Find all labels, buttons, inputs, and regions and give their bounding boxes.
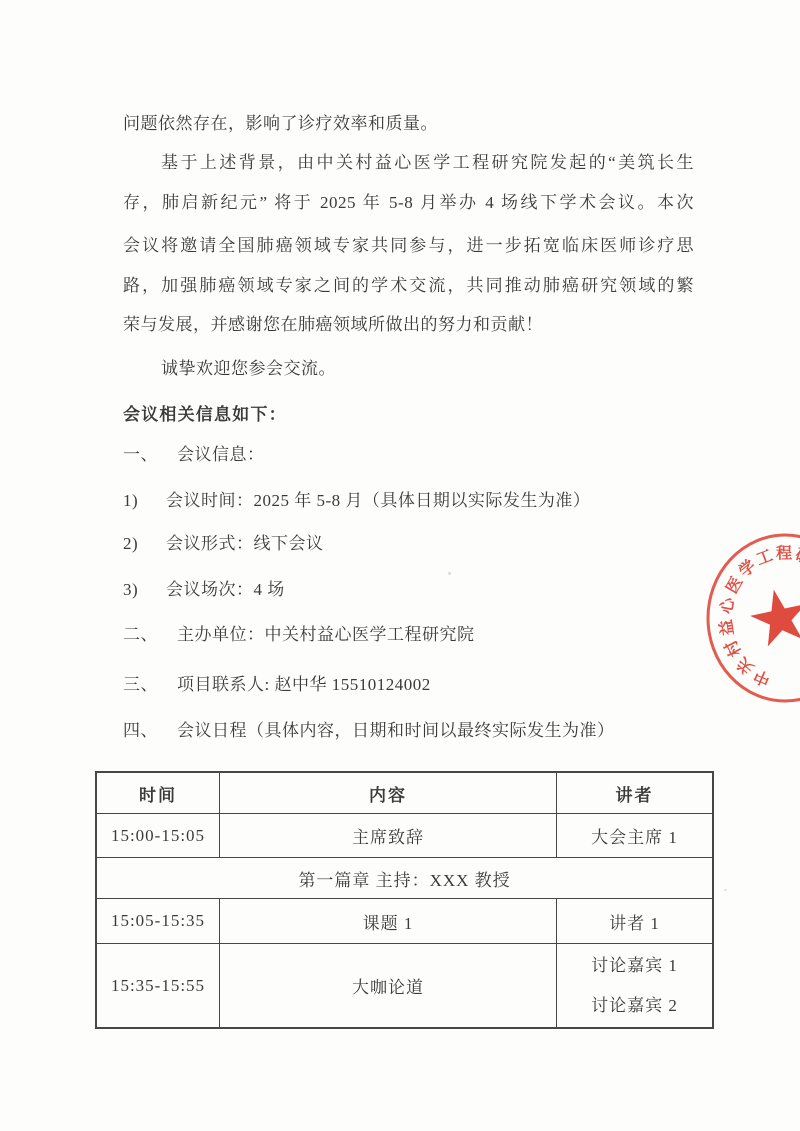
list-text: 项目联系人: 赵中华 15510124002 <box>177 665 740 705</box>
paragraph-line: 存，肺启新纪元” 将于 2025 年 5-8 月举办 4 场线下学术会议。本次 <box>123 183 694 223</box>
svg-text:中: 中 <box>751 666 773 689</box>
speaker-line: 讨论嘉宾 1 <box>591 946 678 986</box>
list-item: 一、 会议信息： <box>123 435 740 475</box>
list-item: 2) 会议形式：线下会议 <box>123 524 740 564</box>
list-item: 二、 主办单位：中关村益心医学工程研究院 <box>123 615 740 655</box>
table-chapter-row: 第一篇章 主持：XXX 教授 <box>97 858 712 899</box>
table-cell-time: 15:35-15:55 <box>97 944 220 1027</box>
svg-text:益: 益 <box>716 618 737 637</box>
list-marker: 三、 <box>123 665 177 705</box>
table-cell-speaker: 讲者 1 <box>557 899 712 944</box>
table-cell-time: 15:00-15:05 <box>97 814 220 858</box>
svg-text:心: 心 <box>717 595 738 615</box>
table-cell-speaker: 讨论嘉宾 1 讨论嘉宾 2 <box>557 944 712 1027</box>
paragraph-line: 基于上述背景，由中关村益心医学工程研究院发起的“美筑长生 <box>123 143 694 183</box>
list-item: 1) 会议时间：2025 年 5-8 月（具体日期以实际发生为准） <box>123 481 740 521</box>
svg-text:医: 医 <box>723 574 747 597</box>
svg-text:学: 学 <box>735 556 759 581</box>
official-seal-stamp: 中关村益心医学工程研究院 <box>685 518 800 718</box>
list-marker: 2) <box>123 524 166 564</box>
svg-text:村: 村 <box>722 637 745 660</box>
table-cell-speaker: 大会主席 1 <box>557 814 712 858</box>
speaker-line: 讨论嘉宾 2 <box>591 986 678 1026</box>
list-text: 会议形式：线下会议 <box>166 524 740 564</box>
section-heading: 会议相关信息如下： <box>123 395 694 435</box>
table-cell-content: 大咖论道 <box>220 944 557 1027</box>
table-cell-content: 课题 1 <box>220 899 557 944</box>
list-item: 三、 项目联系人: 赵中华 15510124002 <box>123 665 740 705</box>
scan-speck <box>448 572 451 575</box>
paragraph-line: 路，加强肺癌领域专家之间的学术交流，共同推动肺癌研究领域的繁 <box>123 266 694 306</box>
stamp-star-icon <box>746 584 800 649</box>
paragraph-line: 会议将邀请全国肺癌领域专家共同参与，进一步拓宽临床医师诊疗思 <box>123 226 694 266</box>
list-text: 会议时间：2025 年 5-8 月（具体日期以实际发生为准） <box>166 481 740 521</box>
list-item: 四、 会议日程（具体内容，日期和时间以最终实际发生为准） <box>123 711 740 751</box>
list-marker: 二、 <box>123 615 177 655</box>
list-text: 会议场次：4 场 <box>166 570 740 610</box>
table-cell-time: 15:05-15:35 <box>97 899 220 944</box>
paragraph-line: 问题依然存在，影响了诊疗效率和质量。 <box>123 104 694 144</box>
svg-text:研: 研 <box>793 546 800 568</box>
svg-text:程: 程 <box>776 543 792 562</box>
list-marker: 一、 <box>123 435 177 475</box>
schedule-table: 时间 内容 讲者 15:00-15:05 主席致辞 大会主席 1 第一篇章 主持… <box>95 771 714 1029</box>
list-marker: 四、 <box>123 711 177 751</box>
list-text: 会议信息： <box>177 435 740 475</box>
list-item: 3) 会议场次：4 场 <box>123 570 740 610</box>
svg-text:工: 工 <box>754 547 775 569</box>
svg-text:关: 关 <box>733 654 758 679</box>
paragraph-line: 荣与发展，并感谢您在肺癌领域所做出的努力和贡献！ <box>123 305 694 345</box>
table-header-speaker: 讲者 <box>557 773 712 814</box>
table-header-time: 时间 <box>97 773 220 814</box>
document-page: 问题依然存在，影响了诊疗效率和质量。 基于上述背景，由中关村益心医学工程研究院发… <box>0 0 800 1131</box>
list-marker: 1) <box>123 481 166 521</box>
table-cell-content: 主席致辞 <box>220 814 557 858</box>
list-marker: 3) <box>123 570 166 610</box>
scan-speck <box>724 889 727 891</box>
list-text: 会议日程（具体内容，日期和时间以最终实际发生为准） <box>177 711 740 751</box>
list-text: 主办单位：中关村益心医学工程研究院 <box>177 615 740 655</box>
paragraph-line: 诚挚欢迎您参会交流。 <box>123 349 694 389</box>
table-header-content: 内容 <box>220 773 557 814</box>
